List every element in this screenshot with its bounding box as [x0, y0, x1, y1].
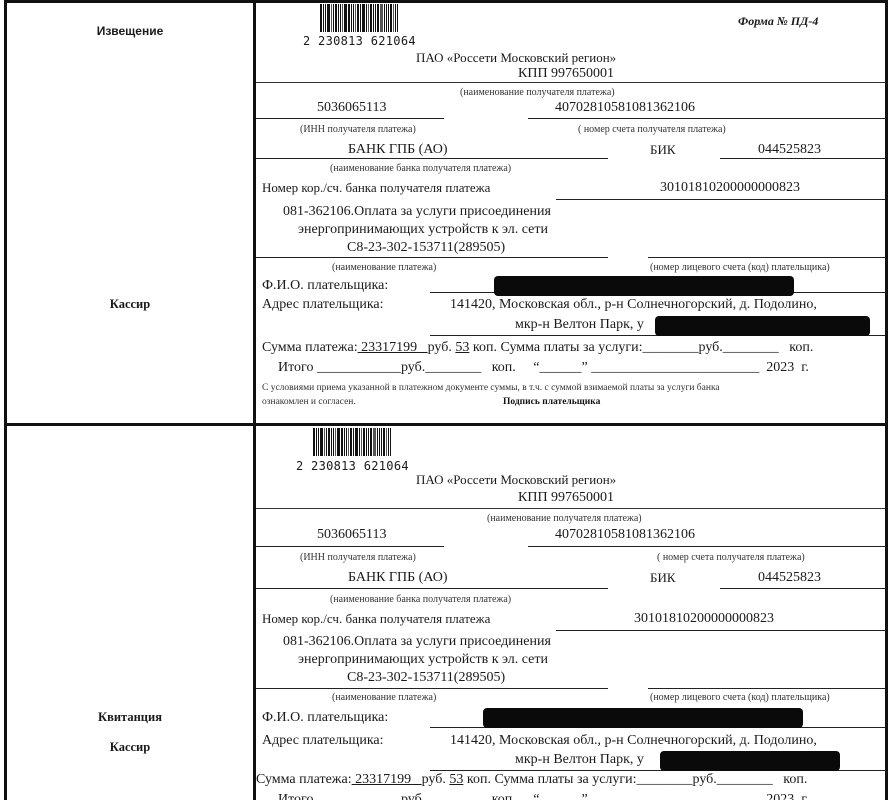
rule	[556, 630, 885, 631]
address-line-1: 141420, Московская обл., р-н Солнечногор…	[450, 297, 817, 313]
rub-label: руб.	[428, 340, 452, 355]
frame-left	[4, 0, 7, 800]
rule	[256, 82, 885, 83]
form-number: Форма № ПД-4	[738, 14, 818, 29]
recipient-name: ПАО «Россети Московский регион»	[416, 50, 616, 66]
kop-label: коп.	[783, 772, 807, 787]
rule	[720, 588, 885, 589]
terms-text: С условиями приема указанной в платежном…	[262, 383, 720, 393]
corr-label: Номер кор./сч. банка получателя платежа	[262, 180, 490, 196]
rule	[256, 688, 608, 689]
total-line: Итого ____________руб.________ коп. “___…	[278, 792, 809, 800]
rub-label: руб.	[422, 772, 446, 787]
purpose-line-2: энергопринимающих устройств к эл. сети	[298, 652, 548, 668]
rule	[256, 546, 444, 547]
corr-label: Номер кор./сч. банка получателя платежа	[262, 611, 490, 627]
bik-label: БИК	[650, 570, 676, 586]
recipient-name-caption: (наименование получателя платежа)	[487, 513, 642, 524]
kop-label: коп.	[467, 772, 491, 787]
rub-label: руб.	[401, 360, 425, 375]
account-caption: ( номер счета получателя платежа)	[657, 552, 805, 563]
sum-rub: 23317199	[358, 340, 428, 355]
barcode-icon	[320, 4, 436, 32]
frame-right	[885, 0, 888, 800]
recipient-kpp: КПП 997650001	[518, 66, 614, 82]
sum-label: Сумма платежа:	[262, 340, 358, 355]
section-divider	[4, 423, 888, 426]
quote: “	[533, 792, 539, 800]
rule	[720, 158, 885, 159]
rule	[556, 199, 885, 200]
bank-name: БАНК ГПБ (АО)	[348, 142, 448, 158]
bank-caption: (наименование банка получателя платежа)	[330, 594, 511, 605]
inn-caption: (ИНН получателя платежа)	[300, 124, 416, 135]
quote: “	[533, 360, 539, 375]
rule	[256, 257, 608, 258]
quote: ”	[582, 360, 588, 375]
purpose-caption: (наименование платежа)	[332, 692, 436, 703]
recipient-inn: 5036065113	[317, 100, 386, 116]
recipient-kpp: КПП 997650001	[518, 490, 614, 506]
total-label: Итого	[278, 792, 313, 800]
recipient-account: 40702810581081362106	[555, 527, 695, 543]
rule	[528, 546, 885, 547]
year: 2023	[766, 360, 794, 375]
receipt-cashier: Кассир	[5, 740, 255, 755]
purpose-line-2: энергопринимающих устройств к эл. сети	[298, 222, 548, 238]
bik-value: 044525823	[758, 142, 821, 158]
redacted-payer-name	[483, 708, 803, 728]
payer-name-label: Ф.И.О. плательщика:	[262, 278, 388, 294]
address-line-2: мкр-н Велтон Парк, у	[515, 752, 644, 768]
purpose-line-1: 081-362106.Оплата за услуги присоединени…	[283, 204, 551, 220]
payer-address-label: Адрес плательщика:	[262, 297, 384, 313]
notice-cashier: Кассир	[5, 297, 255, 312]
barcode-number: 2 230813 621064	[296, 459, 409, 473]
signature-label: Подпись плательщика	[503, 397, 600, 407]
fee-label: Сумма платы за услуги:	[494, 772, 636, 787]
rule	[528, 118, 885, 119]
redacted-address	[660, 751, 840, 771]
rule	[648, 257, 885, 258]
recipient-name-caption: (наименование получателя платежа)	[460, 87, 615, 98]
barcode-icon	[313, 428, 429, 456]
kop-label: коп.	[789, 340, 813, 355]
rule	[256, 158, 608, 159]
sum-kop: 53	[449, 772, 463, 787]
purpose-line-3: С8-23-302-153711(289505)	[347, 670, 505, 686]
barcode-number: 2 230813 621064	[303, 34, 416, 48]
payer-address-label: Адрес плательщика:	[262, 733, 384, 749]
rub-label: руб.	[693, 772, 717, 787]
rub-label: руб.	[699, 340, 723, 355]
inn-caption: (ИНН получателя платежа)	[300, 552, 416, 563]
sum-rub: 23317199	[352, 772, 422, 787]
sum-kop: 53	[455, 340, 469, 355]
address-line-1: 141420, Московская обл., р-н Солнечногор…	[450, 733, 817, 749]
terms-text-2: ознакомлен и согласен.	[262, 397, 356, 407]
kop-label: коп.	[473, 340, 497, 355]
corr-account: 30101810200000000823	[660, 180, 800, 196]
total-label: Итого	[278, 360, 313, 375]
notice-title: Извещение	[5, 24, 255, 38]
rule	[256, 508, 885, 509]
frame-top	[4, 0, 888, 3]
corr-account: 30101810200000000823	[634, 611, 774, 627]
redacted-address	[655, 316, 870, 336]
bank-caption: (наименование банка получателя платежа)	[330, 163, 511, 174]
kop-label: коп.	[492, 360, 516, 375]
address-line-2: мкр-н Велтон Парк, у	[515, 317, 644, 333]
bank-name: БАНК ГПБ (АО)	[348, 570, 448, 586]
rule	[256, 118, 444, 119]
rub-label: руб.	[401, 792, 425, 800]
sum-line: Сумма платежа: 23317199 руб. 53 коп. Сум…	[262, 340, 813, 356]
recipient-inn: 5036065113	[317, 527, 386, 543]
bik-label: БИК	[650, 142, 676, 158]
purpose-line-3: С8-23-302-153711(289505)	[347, 240, 505, 256]
purpose-line-1: 081-362106.Оплата за услуги присоединени…	[283, 634, 551, 650]
recipient-name: ПАО «Россети Московский регион»	[416, 472, 616, 488]
quote: ”	[582, 792, 588, 800]
payer-name-label: Ф.И.О. плательщика:	[262, 710, 388, 726]
rule	[256, 588, 608, 589]
redacted-payer-name	[494, 276, 794, 296]
kop-label: коп.	[492, 792, 516, 800]
bik-value: 044525823	[758, 570, 821, 586]
year: 2023	[766, 792, 794, 800]
payer-account-caption: (номер лицевого счета (код) плательщика)	[650, 262, 830, 273]
purpose-caption: (наименование платежа)	[332, 262, 436, 273]
total-line: Итого ____________руб.________ коп. “___…	[278, 360, 809, 376]
year-suffix: г.	[801, 792, 809, 800]
sum-line: Сумма платежа: 23317199 руб. 53 коп. Сум…	[256, 772, 807, 788]
frame-divider	[253, 0, 256, 800]
year-suffix: г.	[801, 360, 809, 375]
recipient-account: 40702810581081362106	[555, 100, 695, 116]
sum-label: Сумма платежа:	[256, 772, 352, 787]
receipt-title: Квитанция	[5, 710, 255, 725]
fee-label: Сумма платы за услуги:	[500, 340, 642, 355]
payer-account-caption: (номер лицевого счета (код) плательщика)	[650, 692, 830, 703]
account-caption: ( номер счета получателя платежа)	[578, 124, 726, 135]
rule	[648, 688, 885, 689]
